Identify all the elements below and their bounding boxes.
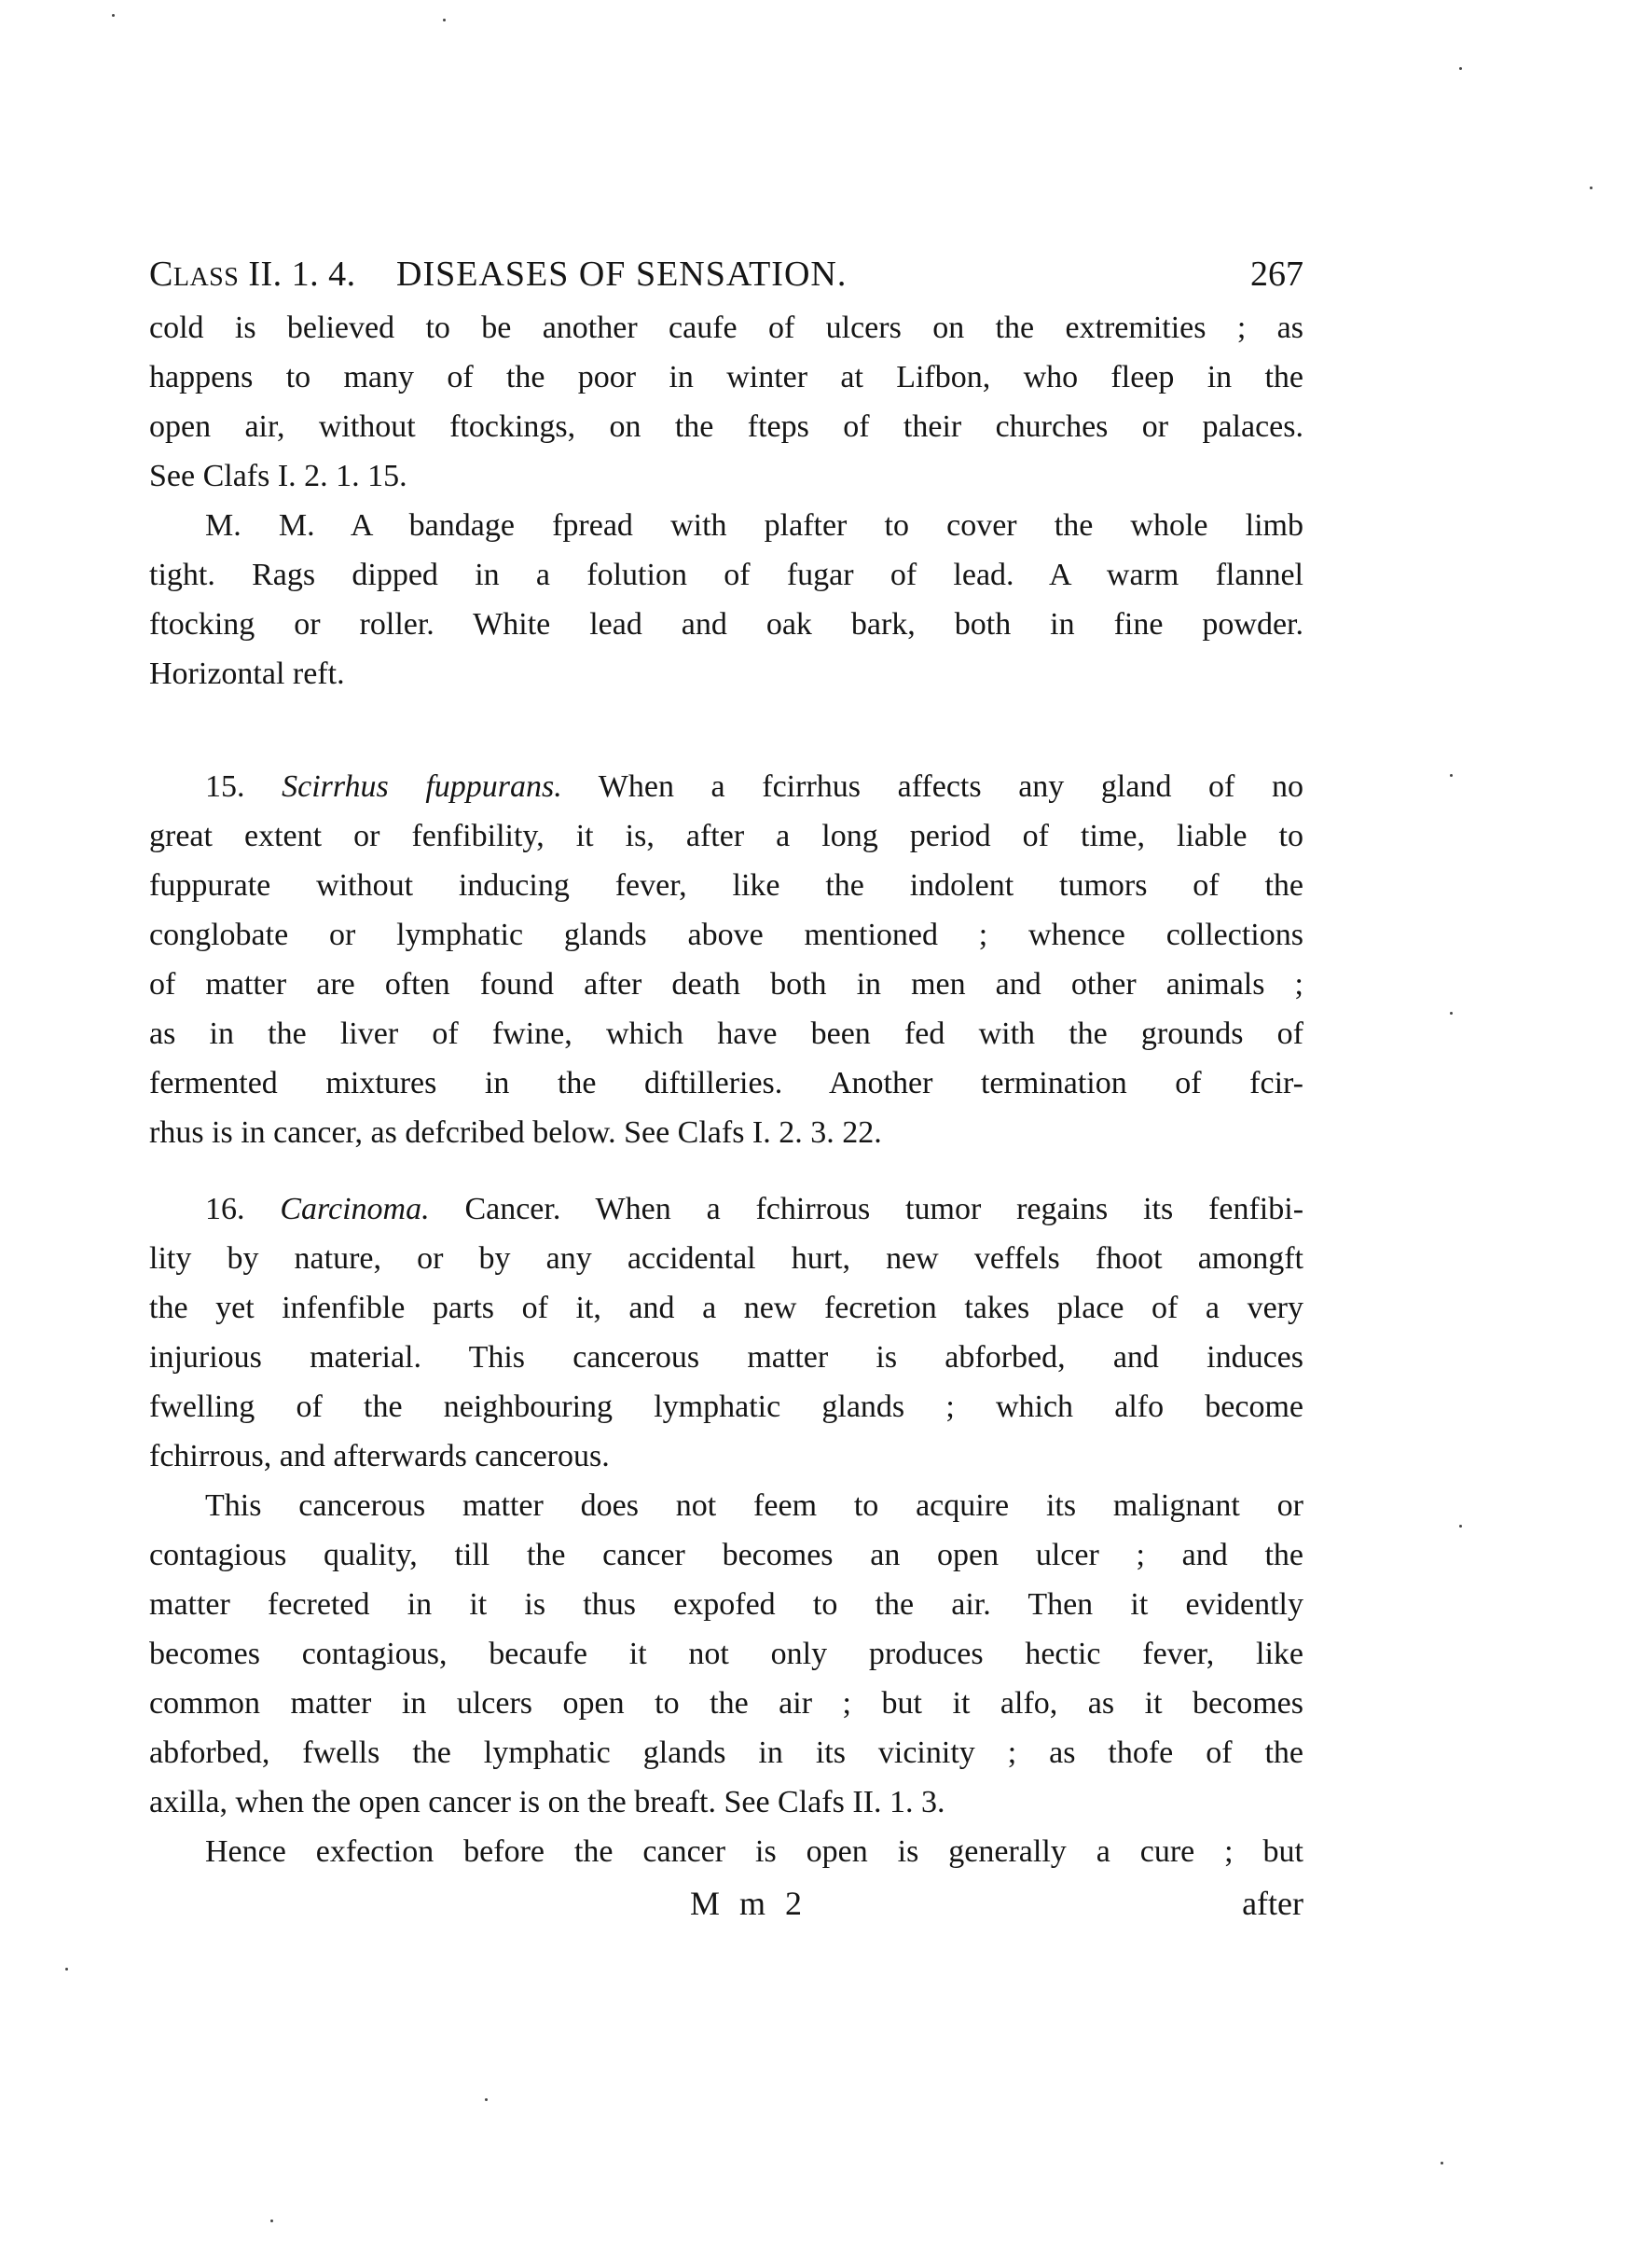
section-15-heading-line: 15. Scirrhus fuppurans. When a fcirrhus … <box>149 767 1303 808</box>
scan-speck <box>1450 774 1453 777</box>
text-line: common matter in ulcers open to the air … <box>149 1683 1303 1724</box>
text-line: of matter are often found after death bo… <box>149 964 1303 1005</box>
scan-speck <box>65 1968 68 1971</box>
page-number: 267 <box>1250 254 1303 295</box>
scan-speck <box>1441 2162 1443 2164</box>
scan-speck <box>1590 187 1593 189</box>
scan-speck <box>1459 67 1462 70</box>
class-reference: CLASS II. 1. 4. <box>149 254 356 295</box>
scan-speck <box>1450 1012 1453 1015</box>
text-line: Horizontal reft. <box>149 654 1303 695</box>
scan-speck <box>112 14 115 17</box>
page-title: DISEASES OF SENSATION. <box>396 254 847 295</box>
text-line: This cancerous matter does not feem to a… <box>149 1486 1303 1527</box>
text-line: abforbed, fwells the lymphatic glands in… <box>149 1733 1303 1774</box>
text-line: M. M. A bandage fpread with plafter to c… <box>149 505 1303 546</box>
text-line: axilla, when the open cancer is on the b… <box>149 1782 1303 1823</box>
section-title: Scirrhus fuppurans. <box>282 769 562 804</box>
text-line: fermented mixtures in the diftilleries. … <box>149 1063 1303 1104</box>
text-line: ftocking or roller. White lead and oak b… <box>149 604 1303 645</box>
text-line: See Clafs I. 2. 1. 15. <box>149 456 1303 497</box>
text-line: happens to many of the poor in winter at… <box>149 357 1303 398</box>
scan-speck <box>1459 1525 1462 1528</box>
text-line: great extent or fenfibility, it is, afte… <box>149 816 1303 857</box>
signature-mark: M m 2 <box>690 1884 807 1923</box>
text-line: becomes contagious, becaufe it not only … <box>149 1634 1303 1675</box>
scan-speck <box>443 19 446 21</box>
text-line: as in the liver of fwine, which have bee… <box>149 1014 1303 1055</box>
text-line: rhus is in cancer, as defcribed below. S… <box>149 1113 1303 1154</box>
text-line: contagious quality, till the cancer beco… <box>149 1535 1303 1576</box>
section-title: Carcinoma. <box>280 1192 429 1226</box>
class-smallcaps: LASS <box>173 263 239 292</box>
class-prefix: C <box>149 255 173 294</box>
running-header: CLASS II. 1. 4. DISEASES OF SENSATION. 2… <box>149 254 1303 300</box>
text-line: cold is believed to be another caufe of … <box>149 308 1303 349</box>
text-line: open air, without ftockings, on the ftep… <box>149 407 1303 448</box>
text-line: fwelling of the neighbouring lymphatic g… <box>149 1387 1303 1428</box>
section-16-heading-line: 16. Carcinoma. Cancer. When a fchirrous … <box>149 1189 1303 1230</box>
text-line: fuppurate without inducing fever, like t… <box>149 865 1303 906</box>
text-line: Hence exfection before the cancer is ope… <box>149 1832 1303 1873</box>
text-line: fchirrous, and afterwards cancerous. <box>149 1436 1303 1477</box>
text-line: conglobate or lymphatic glands above men… <box>149 915 1303 956</box>
section-text: When a fcirrhus affects any gland of no <box>599 769 1303 804</box>
catchword: after <box>1242 1884 1303 1923</box>
section-text: Cancer. When a fchirrous tumor regains i… <box>464 1192 1303 1226</box>
scan-speck <box>485 2098 488 2101</box>
text-line: injurious material. This cancerous matte… <box>149 1337 1303 1378</box>
text-line: lity by nature, or by any accidental hur… <box>149 1238 1303 1279</box>
text-line: the yet infenfible parts of it, and a ne… <box>149 1288 1303 1329</box>
scan-speck <box>270 2220 273 2222</box>
text-line: tight. Rags dipped in a folution of fuga… <box>149 555 1303 596</box>
section-number: 15. <box>205 769 245 804</box>
class-ref-number: II. 1. 4. <box>239 255 355 294</box>
text-line: matter fecreted in it is thus expofed to… <box>149 1584 1303 1625</box>
section-number: 16. <box>205 1192 245 1226</box>
